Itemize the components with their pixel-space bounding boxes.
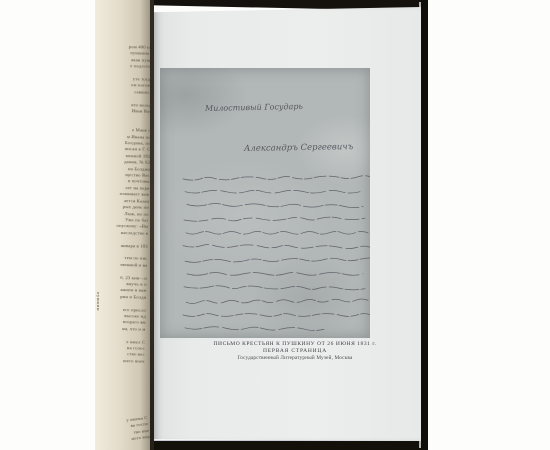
- caption-subtitle: ПЕРВАЯ СТРАНИЦА: [160, 348, 430, 355]
- left-page: ром 400 и спушкина пакая пушке подготову…: [95, 0, 153, 450]
- handwriting-salutation-line1: Милостивый Государь: [204, 102, 303, 113]
- handwriting-salutation-line2: Александръ Сергеевичъ: [243, 142, 354, 154]
- bookshop-product-photo: { "image": { "description": "Photograph …: [0, 0, 550, 450]
- caption-museum-credit: Государственный Литературный Музей, Моск…: [160, 355, 430, 363]
- left-page-vertical-fragment: пушкин: [96, 292, 101, 311]
- book-right-edge: [421, 0, 428, 450]
- photo-plate: Милостивый Государь Александръ Сергеевич…: [160, 68, 370, 338]
- handwriting-svg: Милостивый Государь Александръ Сергеевич…: [160, 68, 370, 338]
- black-backdrop-bottom: [149, 440, 422, 450]
- plate-caption: ПИСЬМО КРЕСТЬЯН К ПУШКИНУ ОТ 26 ИЮНЯ 183…: [160, 341, 430, 363]
- left-page-bottom-fragments: у имена Сва госпотво вненого впр: [96, 415, 151, 447]
- gutter-shadow: [150, 0, 154, 450]
- left-page-text-fragments: ром 400 и спушкина пакая пушке подготову…: [95, 43, 153, 365]
- caption-title: ПИСЬМО КРЕСТЬЯН К ПУШКИНУ ОТ 26 ИЮНЯ 183…: [160, 341, 430, 348]
- handwriting-body: [183, 176, 370, 331]
